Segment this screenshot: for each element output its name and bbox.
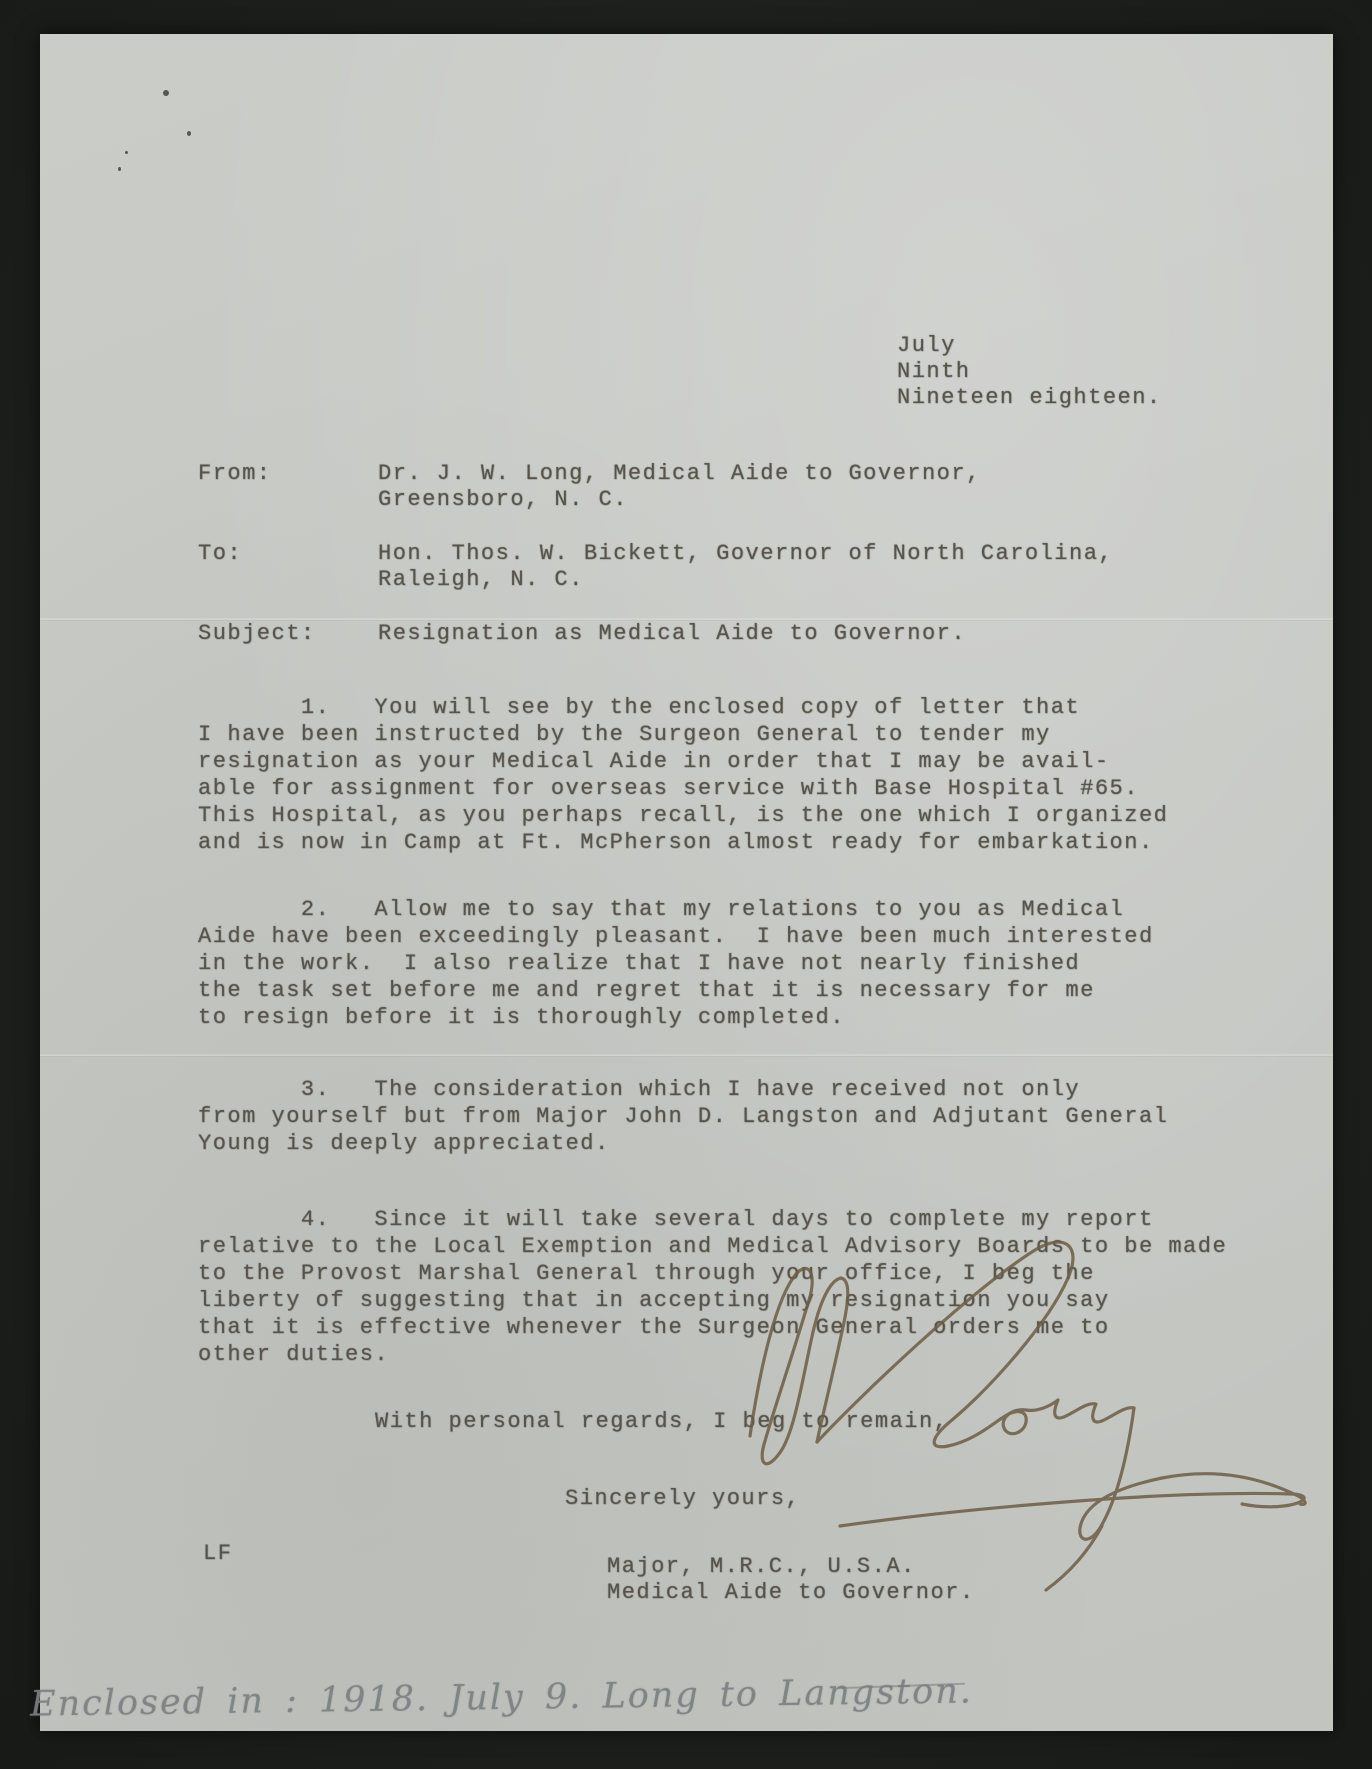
paper-speck bbox=[118, 167, 121, 171]
date-block: July Ninth Nineteen eighteen. bbox=[897, 333, 1162, 411]
paragraph-2: 2. Allow me to say that my relations to … bbox=[198, 896, 1154, 1031]
to-label: To: bbox=[198, 541, 242, 567]
photograph-background: July Ninth Nineteen eighteen. From: Dr. … bbox=[0, 0, 1372, 1769]
paper-fold-crease bbox=[40, 1054, 1333, 1057]
paper-speck bbox=[187, 131, 191, 136]
archival-pencil-annotation: Enclosed in : 1918. July 9. Long to Lang… bbox=[30, 1671, 973, 1724]
typist-initials: LF bbox=[203, 1541, 232, 1567]
paragraph-1: 1. You will see by the enclosed copy of … bbox=[198, 694, 1168, 856]
subject-label: Subject: bbox=[198, 621, 316, 647]
to-value: Hon. Thos. W. Bickett, Governor of North… bbox=[378, 541, 1113, 593]
subject-value: Resignation as Medical Aide to Governor. bbox=[378, 621, 966, 647]
paper-speck bbox=[125, 151, 128, 154]
paragraph-3: 3. The consideration which I have receiv… bbox=[198, 1076, 1168, 1157]
from-value: Dr. J. W. Long, Medical Aide to Governor… bbox=[378, 461, 981, 513]
letter-page: July Ninth Nineteen eighteen. From: Dr. … bbox=[40, 34, 1333, 1731]
paper-speck bbox=[163, 90, 169, 96]
handwritten-signature-jw-long bbox=[690, 1236, 1350, 1596]
from-label: From: bbox=[198, 461, 272, 487]
